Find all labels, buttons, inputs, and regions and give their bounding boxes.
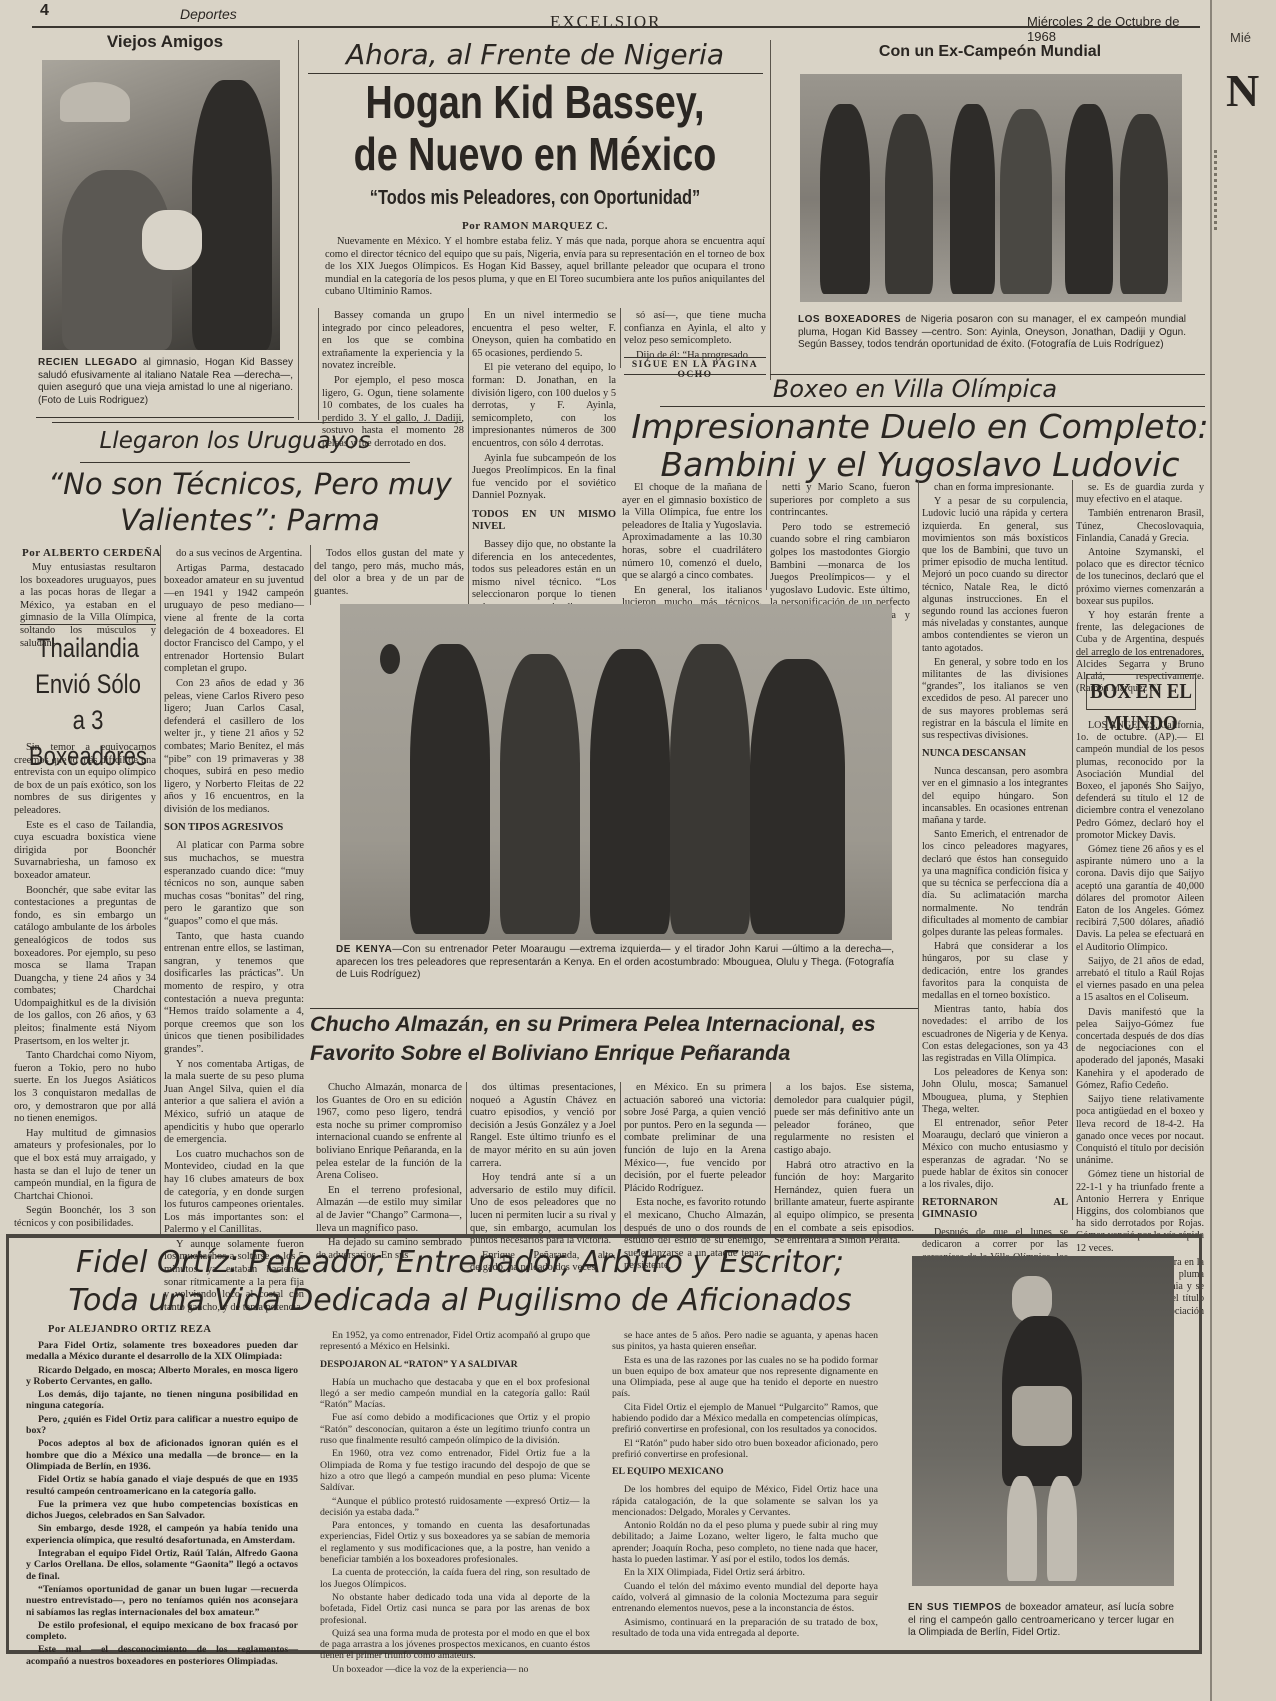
column-rule	[918, 480, 919, 1220]
column-rule	[318, 308, 319, 420]
column-rule	[620, 1082, 621, 1234]
divider	[80, 462, 410, 463]
column-rule	[160, 545, 161, 1235]
box-en-el-mundo-title: BOX EN EL MUNDO	[1086, 674, 1196, 710]
despojaron-subhead: DESPOJARON AL “RATON” Y A SALDIVAR	[320, 1359, 590, 1371]
bassey-kicker: Ahora, al Frente de Nigeria	[305, 38, 765, 71]
adjacent-page-edge: Mié N	[1210, 0, 1276, 1701]
ortiz-col-2: En 1952, ya como entrenador, Fidel Ortiz…	[320, 1330, 590, 1677]
divider	[52, 422, 462, 423]
almazan-headline: Chucho Almazán, en su Primera Pelea Inte…	[310, 1010, 910, 1068]
column-rule	[1072, 480, 1073, 1220]
adjacent-headline-fragment: N	[1226, 64, 1259, 117]
bassey-subhead: “Todos mis Peleadores, con Oportunidad”	[346, 187, 723, 210]
masthead-rule	[32, 26, 1200, 28]
ortiz-col-1: Para Fidel Ortiz, solamente tres boxeado…	[26, 1340, 298, 1669]
villa-olimpica-headline: Impresionante Duelo en Completo: Bambini…	[630, 408, 1210, 484]
villa-col-3: chan en forma impresionante.Y a pesar de…	[922, 482, 1068, 1341]
uruguayos-col-3: Todos ellos gustan del mate y del tango,…	[314, 548, 464, 600]
column-rule	[466, 1082, 467, 1234]
column-rule	[770, 40, 771, 380]
bassey-headline-2: de Nuevo en México	[346, 128, 723, 180]
villa-col-4: se. Es de guardia zurda y muy efectivo e…	[1076, 482, 1204, 697]
column-rule	[770, 1082, 771, 1234]
ex-campeon-caption: LOS BOXEADORES de Nigeria posaron con su…	[798, 314, 1186, 352]
viejos-amigos-title: Viejos Amigos	[40, 32, 290, 52]
divider	[1076, 656, 1204, 657]
section-name: Deportes	[180, 6, 237, 22]
fidel-ortiz-photo	[912, 1256, 1174, 1586]
uruguayos-headline: “No son Técnicos, Pero muy Valientes”: P…	[40, 466, 460, 538]
newspaper-page: 4 Deportes EXCELSIOR Miércoles 2 de Octu…	[0, 0, 1210, 1701]
villa-olimpica-kicker: Boxeo en Villa Olímpica	[760, 375, 1070, 403]
bassey-byline: Por RAMON MARQUEZ C.	[305, 220, 765, 232]
fidel-ortiz-caption: EN SUS TIEMPOS de boxeador amateur, así …	[908, 1602, 1174, 1640]
uruguayos-kicker: Llegaron los Uruguayos	[50, 428, 420, 454]
column-rule	[766, 480, 767, 590]
son-tipos-agresivos-subhead: SON TIPOS AGRESIVOS	[164, 822, 304, 834]
bassey-headline-1: Hogan Kid Bassey,	[346, 76, 723, 128]
el-equipo-mexicano-subhead: EL EQUIPO MEXICANO	[612, 1466, 878, 1478]
retornaron-subhead: RETORNARON AL GIMNASIO	[922, 1197, 1068, 1221]
viejos-amigos-photo	[42, 60, 280, 350]
page-number: 4	[40, 2, 49, 20]
uruguayos-byline: Por ALBERTO CERDEÑA	[22, 547, 161, 559]
almazan-col-4: a los bajos. Ese sistema, demoledor para…	[774, 1082, 914, 1250]
column-rule	[310, 545, 311, 605]
nunca-descansan-subhead: NUNCA DESCANSAN	[922, 748, 1068, 760]
column-rule	[298, 40, 299, 420]
ortiz-headline-1: Fidel Ortíz: Peleador, Entrenador, Arbit…	[20, 1244, 900, 1282]
divider	[36, 417, 294, 418]
issue-date: Miércoles 2 de Octubre de 1968	[1027, 14, 1210, 44]
divider	[20, 624, 156, 625]
continued-on-page-eight[interactable]: SIGUE EN LA PAGINA OCHO	[624, 360, 766, 380]
adjacent-date-fragment: Mié	[1230, 30, 1251, 45]
ortiz-headline-2: Toda una Vida Dedicada al Pugilismo de A…	[20, 1282, 900, 1320]
adjacent-text-fragment	[1214, 150, 1231, 230]
kenya-caption: DE KENYA—Con su entrenador Peter Moaraug…	[336, 944, 894, 982]
bassey-subhead-todos: TODOS EN UN MISMO NIVEL	[472, 509, 616, 533]
ex-campeon-title: Con un Ex-Campeón Mundial	[780, 43, 1200, 61]
nigeria-team-photo	[800, 74, 1182, 302]
bassey-lead: Nuevamente en México. Y el hombre estaba…	[325, 236, 765, 301]
divider	[310, 1008, 918, 1009]
column-rule	[620, 308, 621, 368]
viejos-amigos-caption: RECIEN LLEGADO al gimnasio, Hogan Kid Ba…	[38, 357, 293, 407]
divider	[624, 357, 766, 358]
divider	[624, 374, 766, 375]
divider	[308, 73, 763, 74]
ortiz-col-3: se hace antes de 5 años. Pero nadie se a…	[612, 1330, 878, 1641]
newspaper-name: EXCELSIOR	[550, 12, 662, 32]
thailandia-body: Sin temor a equivocarnos creemos que lo …	[14, 742, 156, 1233]
uruguayos-col-2: do a sus vecinos de Argentina.Artigas Pa…	[164, 548, 304, 1316]
kenya-team-photo	[340, 604, 892, 940]
ortiz-byline: Por ALEJANDRO ORTIZ REZA	[48, 1324, 211, 1335]
